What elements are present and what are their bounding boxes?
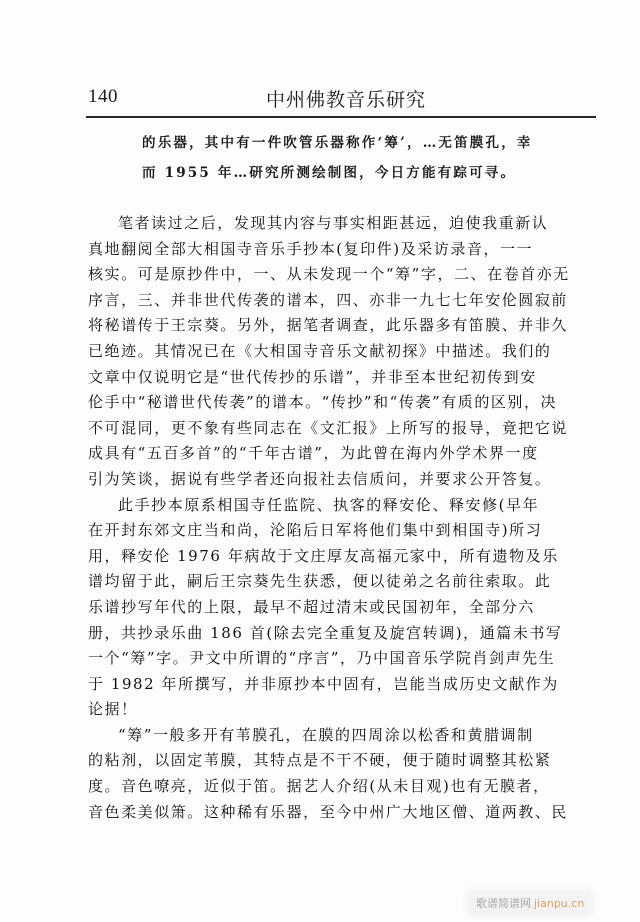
paragraph-line: 序言，三、并非世代传袭的谱本，四、亦非一九七七年安伦圆寂前 <box>88 288 608 314</box>
paragraph-line: 在开封东郊文庄当和尚，沦陷后日军将他们集中到相国寺)所习 <box>88 518 608 544</box>
paragraph-line: 将秘谱传于王宗葵。另外，据笔者调查，此乐器多有笛膜、并非久 <box>88 313 608 339</box>
paragraph-line: 不可混同，更不象有些同志在《文汇报》上所写的报导，竟把它说 <box>88 416 608 442</box>
paragraph-line: 笔者读过之后，发现其内容与事实相距甚远，迫使我重新认 <box>88 211 608 237</box>
page-number: 140 <box>88 86 118 108</box>
paragraph-line: “筹”一般多开有苇膜孔，在膜的四周涂以松香和黄腊调制 <box>88 723 608 749</box>
book-page: 140 中州佛教音乐研究 的乐器，其中有一件吹管乐器称作‘筹’，…无笛膜孔，幸 … <box>0 0 640 922</box>
paragraph-line: 的粘剂，以固定苇膜，其特点是不干不硬，便于随时调整其松紧 <box>88 748 608 774</box>
paragraph-line: 音色柔美似箫。这种稀有乐器，至今中州广大地区僧、道两教、民 <box>88 800 608 826</box>
paragraph-line: 度。音色嘹亮，近似于笛。据艺人介绍(从未目观)也有无膜者， <box>88 774 608 800</box>
book-title: 中州佛教音乐研究 <box>266 85 426 112</box>
block-quote: 的乐器，其中有一件吹管乐器称作‘筹’，…无笛膜孔，幸 而 1955 年…研究所测… <box>142 128 602 188</box>
paragraph-line: 伦手中“秘谱世代传袭”的谱本。“传抄”和“传袭”有质的区别，决 <box>88 390 608 416</box>
paragraph-line: 已绝迹。其情况已在《大相国寺音乐文献初探》中描述。我们的 <box>88 339 608 365</box>
paragraph-line: 论据！ <box>88 697 608 723</box>
running-head: 140 中州佛教音乐研究 <box>86 86 596 114</box>
header-rule-divider <box>86 116 596 118</box>
body-text: 笔者读过之后，发现其内容与事实相距甚远，迫使我重新认 真地翻阅全部大相国寺音乐手… <box>88 211 608 825</box>
paragraph-line: 用，释安伦 1976 年病故于文庄厚友高福元家中，所有遗物及乐 <box>88 544 608 570</box>
watermark-site-name: 歌谱简谱网 <box>476 897 531 910</box>
paragraph-line: 乐谱抄写年代的上限，最早不超过清末或民国初年，全部分六 <box>88 595 608 621</box>
paragraph-line: 谱均留于此，嗣后王宗葵先生获悉，便以徒弟之名前往索取。此 <box>88 569 608 595</box>
paragraph-line: 核实。可是原抄件中，一、从未发现一个“筹”字，二、在卷首亦无 <box>88 262 608 288</box>
watermark-domain: jianpu.cn <box>534 897 584 910</box>
paragraph-line: 一个“筹”字。尹文中所谓的“序言”，乃中国音乐学院肖剑声先生 <box>88 646 608 672</box>
paragraph-line: 文章中仅说明它是“世代传抄的乐谱”，并非至本世纪初传到安 <box>88 365 608 391</box>
paragraph-line: 成具有“五百多首”的“千年古谱”，为此曾在海内外学术界一度 <box>88 441 608 467</box>
quote-line: 的乐器，其中有一件吹管乐器称作‘筹’，…无笛膜孔，幸 <box>142 128 602 158</box>
paragraph-line: 此手抄本原系相国寺任监院、执客的释安伦、释安修(早年 <box>88 493 608 519</box>
quote-line: 而 1955 年…研究所测绘制图，今日方能有踪可寻。 <box>142 158 602 188</box>
paragraph-line: 于 1982 年所撰写，并非原抄本中固有，岂能当成历史文献作为 <box>88 672 608 698</box>
paragraph-line: 册，共抄录乐曲 186 首(除去完全重复及旋宫转调)，通篇未书写 <box>88 621 608 647</box>
paragraph-line: 真地翻阅全部大相国寺音乐手抄本(复印件)及采访录音，一一 <box>88 237 608 263</box>
paragraph-line: 引为笑谈，据说有些学者还向报社去信质问，并要求公开答复。 <box>88 467 608 493</box>
site-watermark: 歌谱简谱网jianpu.cn <box>470 893 590 913</box>
